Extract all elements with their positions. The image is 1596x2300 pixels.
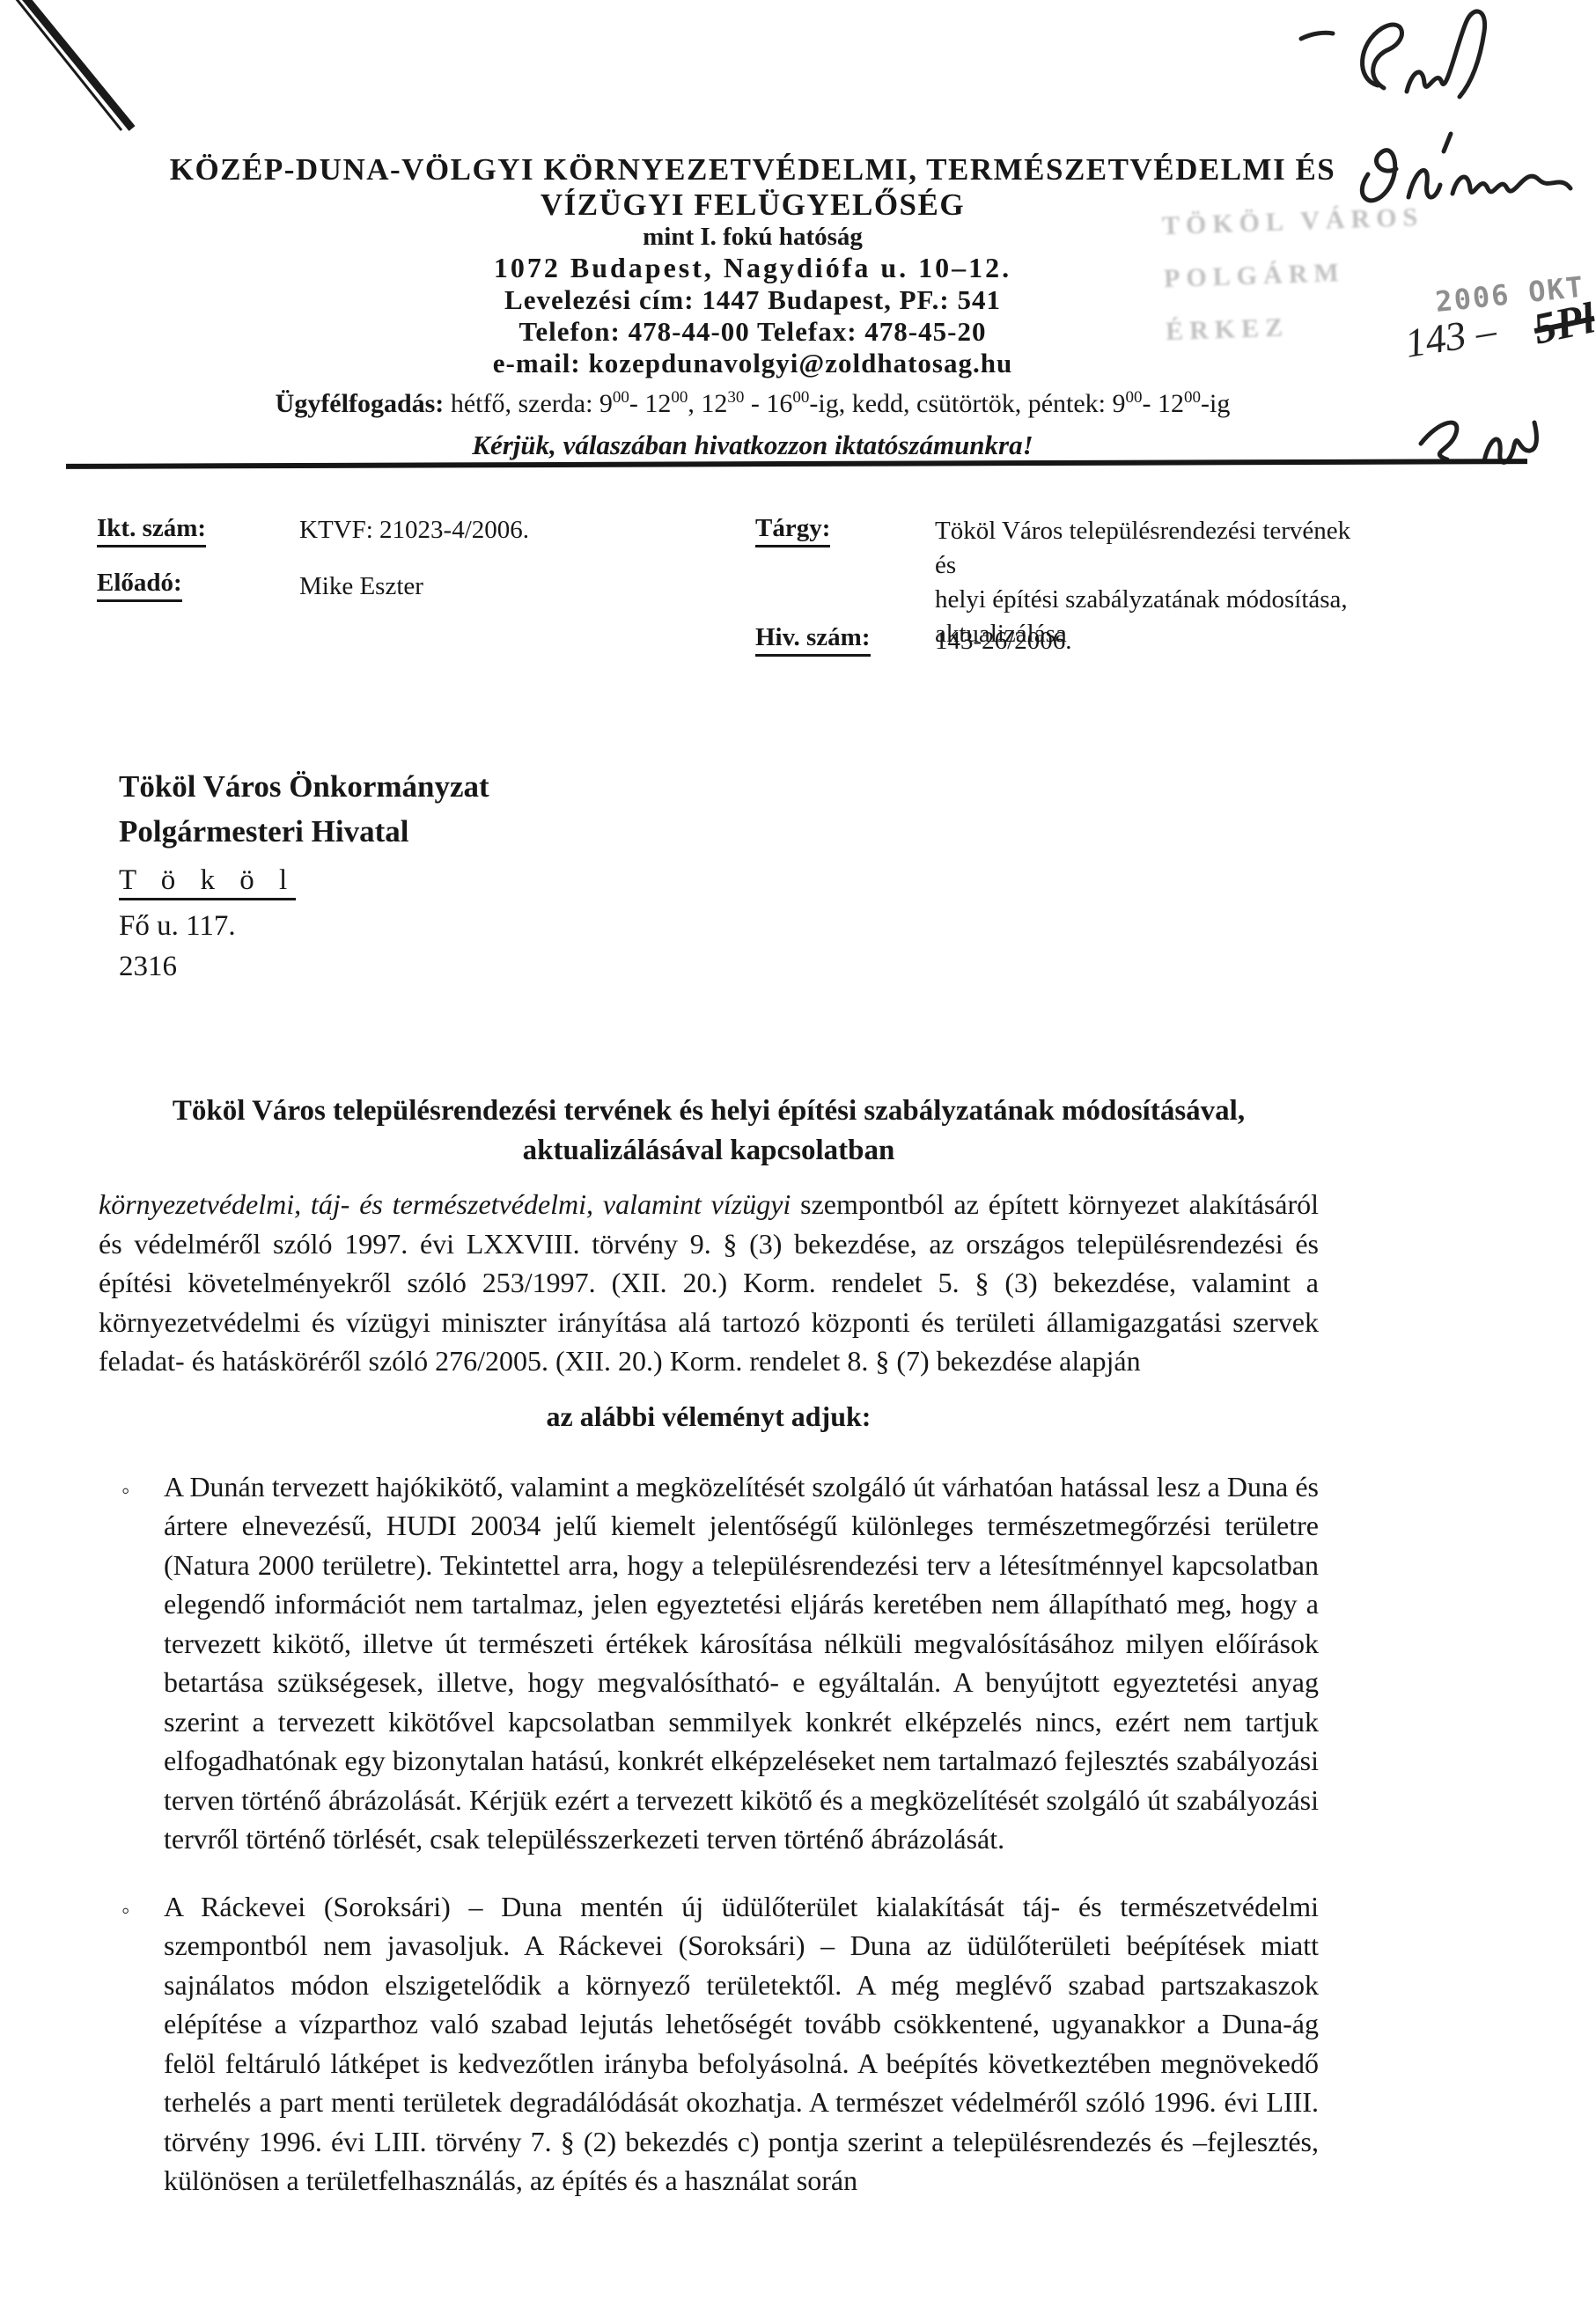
hiv-szam-value: 143-26/2006. xyxy=(935,627,1071,656)
eloado-value: Mike Eszter xyxy=(299,572,423,601)
intro-italic-lead: környezetvédelmi, táj- és természetvédel… xyxy=(99,1188,791,1220)
org-name-line1: KÖZÉP-DUNA-VÖLGYI KÖRNYEZETVÉDELMI, TERM… xyxy=(66,151,1439,188)
document-page: KÖZÉP-DUNA-VÖLGYI KÖRNYEZETVÉDELMI, TERM… xyxy=(0,0,1596,2300)
hours-part: , 12 xyxy=(688,389,727,418)
bullet-marker-icon: ◦ xyxy=(121,1472,129,1511)
opening-hours: Ügyfélfogadás: hétfő, szerda: 900- 1200,… xyxy=(66,379,1439,423)
targy-label: Tárgy: xyxy=(755,514,830,547)
bullet-text: A Dunán tervezett hajókikötő, valamint a… xyxy=(164,1471,1319,1855)
hours-sup: 00 xyxy=(1184,388,1201,407)
letter-title-line2: aktualizálásával kapcsolatban xyxy=(99,1131,1319,1171)
letter-body: Tököl Város településrendezési tervének … xyxy=(99,1091,1319,2229)
letter-title-line1: Tököl Város településrendezési tervének … xyxy=(99,1091,1319,1131)
ikt-szam-value: KTVF: 21023-4/2006. xyxy=(299,516,529,545)
bullet-list: ◦ A Dunán tervezett hajókikötő, valamint… xyxy=(99,1467,1319,2201)
targy-line: helyi építési szabályzatának módosítása, xyxy=(935,583,1375,617)
hours-part: - 12 xyxy=(1143,389,1185,418)
targy-line: Tököl Város településrendezési tervének … xyxy=(935,514,1375,583)
recipient-zip: 2316 xyxy=(119,946,489,987)
hours-part: - 12 xyxy=(629,389,672,418)
bullet-item: ◦ A Ráckevei (Soroksári) – Duna mentén ú… xyxy=(99,1887,1319,2201)
corner-stroke-icon xyxy=(0,0,194,158)
recipient-city: T ö k ö l xyxy=(119,864,296,900)
hours-sup: 00 xyxy=(613,388,629,407)
eloado-label: Előadó: xyxy=(97,569,182,602)
recipient-name: Tököl Város Önkormányzat xyxy=(119,764,489,809)
opening-hours-label: Ügyfélfogadás: xyxy=(276,389,445,418)
bullet-marker-icon: ◦ xyxy=(121,1892,129,1931)
recipient-street: Fő u. 117. xyxy=(119,906,489,946)
hours-sup: 00 xyxy=(671,388,688,407)
handwriting-icon xyxy=(1294,2,1593,113)
receipt-stamp: TÖKÖL VÁROS POLGÁRM ÉRKEZ xyxy=(1161,191,1428,358)
recipient-office: Polgármesteri Hivatal xyxy=(119,809,489,854)
hours-part: hétfő, szerda: 9 xyxy=(444,389,613,418)
hours-sup: 00 xyxy=(1126,388,1143,407)
hours-sup: 00 xyxy=(792,388,809,407)
bullet-text: A Ráckevei (Soroksári) – Duna mentén új … xyxy=(164,1891,1319,2197)
opinion-heading: az alábbi véleményt adjuk: xyxy=(99,1397,1319,1436)
ikt-szam-label: Ikt. szám: xyxy=(97,514,206,547)
hours-sup: 30 xyxy=(727,388,744,407)
reference-notice: Kérjük, válaszában hivatkozzon iktatószá… xyxy=(66,430,1439,461)
hiv-szam-label: Hiv. szám: xyxy=(755,623,871,657)
hours-part: -ig xyxy=(1201,389,1230,418)
bullet-item: ◦ A Dunán tervezett hajókikötő, valamint… xyxy=(99,1467,1319,1859)
letter-title: Tököl Város településrendezési tervének … xyxy=(99,1091,1319,1171)
receipt-stamp-line: TÖKÖL VÁROS xyxy=(1161,191,1424,253)
receipt-stamp-line: ÉRKEZ xyxy=(1165,297,1428,358)
intro-paragraph: környezetvédelmi, táj- és természetvédel… xyxy=(99,1185,1319,1381)
hours-part: - 16 xyxy=(744,389,792,418)
receipt-stamp-line: POLGÁRM xyxy=(1163,244,1426,305)
hours-part: -ig, kedd, csütörtök, péntek: 9 xyxy=(809,389,1125,418)
recipient-block: Tököl Város Önkormányzat Polgármesteri H… xyxy=(119,764,489,987)
